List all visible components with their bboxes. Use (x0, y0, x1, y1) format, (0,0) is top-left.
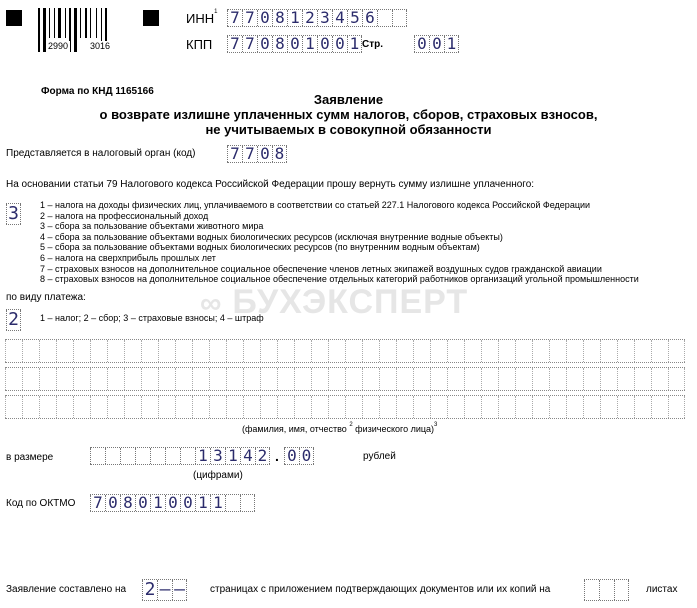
name-cell[interactable] (668, 340, 685, 362)
name-cell[interactable] (124, 396, 141, 418)
name-cell[interactable] (447, 396, 464, 418)
name-cell[interactable] (583, 368, 600, 390)
digit-cell[interactable]: 0 (414, 36, 429, 52)
digit-cell[interactable]: 8 (272, 36, 287, 52)
digit-cell[interactable] (90, 448, 105, 464)
inn-field[interactable]: 7708123456 (227, 9, 407, 27)
digit-cell[interactable]: 1 (302, 36, 317, 52)
name-cell[interactable] (294, 340, 311, 362)
digit-cell[interactable] (240, 495, 255, 511)
name-cell[interactable] (362, 368, 379, 390)
full-name-caption: (фамилия, имя, отчество 2 физического ли… (242, 424, 437, 434)
name-cell[interactable] (39, 340, 56, 362)
pages-count-field[interactable]: 2–– (142, 579, 187, 601)
name-cell[interactable] (243, 340, 260, 362)
name-cell[interactable] (294, 396, 311, 418)
digit-cell[interactable]: 7 (242, 146, 257, 162)
name-cell[interactable] (617, 368, 634, 390)
name-cell[interactable] (651, 340, 668, 362)
name-cell[interactable] (5, 340, 22, 362)
registration-marker-left (6, 10, 22, 26)
digit-cell[interactable]: 1 (195, 448, 210, 464)
name-cell[interactable] (379, 396, 396, 418)
name-cell[interactable] (447, 368, 464, 390)
digit-cell[interactable]: 8 (120, 495, 135, 511)
digit-cell[interactable]: 2 (142, 580, 157, 600)
digit-cell[interactable]: 1 (444, 36, 459, 52)
name-cell[interactable] (158, 368, 175, 390)
barcode: 2990 3016 (38, 8, 128, 52)
digit-cell[interactable]: – (157, 580, 172, 600)
digit-cell[interactable]: 1 (195, 495, 210, 511)
basis-text: На основании статьи 79 Налогового кодекс… (6, 179, 534, 190)
name-cell[interactable] (634, 340, 651, 362)
payment-subject-option: 6 – налога на сверхприбыль прошлых лет (40, 253, 639, 264)
name-cell[interactable] (22, 340, 39, 362)
name-cell[interactable] (668, 396, 685, 418)
digit-cell[interactable]: 0 (105, 495, 120, 511)
name-cell[interactable] (413, 368, 430, 390)
name-cell[interactable] (209, 396, 226, 418)
name-cell[interactable] (532, 340, 549, 362)
name-cell[interactable] (39, 396, 56, 418)
name-cell[interactable] (566, 340, 583, 362)
name-cell[interactable] (260, 396, 277, 418)
name-cell[interactable] (192, 396, 209, 418)
tax-authority-label: Представляется в налоговый орган (код) (6, 148, 195, 159)
digit-cell[interactable] (584, 580, 599, 600)
amount-integer-field[interactable]: 13142 (90, 447, 270, 465)
name-cell[interactable] (311, 396, 328, 418)
payment-subject-option: 1 – налога на доходы физических лиц, упл… (40, 200, 639, 211)
barcode-number-left: 2990 (46, 41, 70, 52)
oktmo-label: Код по ОКТМО (6, 498, 75, 509)
name-cell[interactable] (532, 396, 549, 418)
name-cell[interactable] (107, 396, 124, 418)
name-cell[interactable] (549, 368, 566, 390)
name-cell[interactable] (328, 340, 345, 362)
name-cell[interactable] (600, 340, 617, 362)
full-name-row-3[interactable] (5, 395, 685, 419)
name-cell[interactable] (107, 368, 124, 390)
digit-cell[interactable]: 0 (284, 448, 299, 464)
payment-type-options: 1 – налог; 2 – сбор; 3 – страховые взнос… (40, 313, 264, 323)
digit-cell[interactable]: 7 (90, 495, 105, 511)
name-cell[interactable] (260, 368, 277, 390)
amount-field[interactable]: 13142 . 00 (90, 447, 314, 465)
name-cell[interactable] (498, 368, 515, 390)
name-cell[interactable] (73, 396, 90, 418)
digit-cell[interactable] (150, 448, 165, 464)
name-cell[interactable] (413, 340, 430, 362)
name-cell[interactable] (141, 368, 158, 390)
digit-cell[interactable]: 4 (332, 10, 347, 26)
digit-cell[interactable]: 0 (257, 146, 272, 162)
name-cell[interactable] (362, 340, 379, 362)
digit-cell[interactable]: – (172, 580, 187, 600)
name-cell[interactable] (90, 368, 107, 390)
name-cell[interactable] (413, 396, 430, 418)
digit-cell[interactable]: 0 (257, 10, 272, 26)
name-cell[interactable] (566, 396, 583, 418)
name-cell[interactable] (583, 340, 600, 362)
name-cell[interactable] (209, 368, 226, 390)
digit-cell[interactable] (120, 448, 135, 464)
digit-cell[interactable]: 0 (332, 36, 347, 52)
inn-label: ИНН1 (186, 11, 217, 26)
digit-cell[interactable]: 4 (240, 448, 255, 464)
digit-cell[interactable]: 0 (429, 36, 444, 52)
name-cell[interactable] (124, 368, 141, 390)
name-cell[interactable] (328, 368, 345, 390)
digit-cell[interactable] (105, 448, 120, 464)
name-cell[interactable] (668, 368, 685, 390)
name-cell[interactable] (447, 340, 464, 362)
name-cell[interactable] (158, 340, 175, 362)
name-cell[interactable] (345, 368, 362, 390)
name-cell[interactable] (175, 368, 192, 390)
name-cell[interactable] (379, 368, 396, 390)
tax-authority-code-field[interactable]: 7708 (227, 145, 287, 163)
digit-cell[interactable]: 7 (227, 146, 242, 162)
digit-cell[interactable]: 3 (210, 448, 225, 464)
name-cell[interactable] (22, 368, 39, 390)
name-cell[interactable] (481, 340, 498, 362)
digit-cell[interactable]: 1 (287, 10, 302, 26)
page-number-field[interactable]: 001 (414, 35, 459, 53)
name-cell[interactable] (430, 396, 447, 418)
amount-decimal-field[interactable]: 00 (284, 447, 314, 465)
page-label: Стр. (362, 39, 383, 50)
name-cell[interactable] (277, 368, 294, 390)
name-cell[interactable] (481, 368, 498, 390)
name-cell[interactable] (175, 396, 192, 418)
name-cell[interactable] (56, 396, 73, 418)
payment-subject-option: 4 – сбора за пользование объектами водны… (40, 232, 639, 243)
name-cell[interactable] (600, 396, 617, 418)
footer-suffix: листах (646, 584, 677, 595)
kpp-field[interactable]: 770801001 (227, 35, 362, 53)
name-cell[interactable] (90, 340, 107, 362)
name-cell[interactable] (617, 396, 634, 418)
digit-cell[interactable]: 7 (242, 10, 257, 26)
kpp-label: КПП (186, 37, 212, 52)
digit-cell[interactable] (135, 448, 150, 464)
digit-cell[interactable]: 0 (165, 495, 180, 511)
name-cell[interactable] (158, 396, 175, 418)
name-cell[interactable] (464, 368, 481, 390)
name-cell[interactable] (600, 368, 617, 390)
digit-cell[interactable]: 0 (180, 495, 195, 511)
name-cell[interactable] (5, 368, 22, 390)
name-cell[interactable] (396, 368, 413, 390)
name-cell[interactable] (107, 340, 124, 362)
digit-cell[interactable]: 2 (6, 310, 21, 330)
name-cell[interactable] (294, 368, 311, 390)
name-cell[interactable] (430, 368, 447, 390)
digit-cell[interactable] (377, 10, 392, 26)
name-cell[interactable] (345, 340, 362, 362)
name-cell[interactable] (5, 396, 22, 418)
name-cell[interactable] (141, 396, 158, 418)
name-cell[interactable] (345, 396, 362, 418)
name-cell[interactable] (226, 396, 243, 418)
name-cell[interactable] (141, 340, 158, 362)
name-cell[interactable] (464, 396, 481, 418)
digit-cell[interactable]: 1 (225, 448, 240, 464)
currency-label: рублей (363, 451, 396, 462)
name-cell[interactable] (617, 340, 634, 362)
barcode-number-right: 3016 (88, 41, 112, 52)
name-cell[interactable] (277, 340, 294, 362)
digit-cell[interactable] (165, 448, 180, 464)
name-cell[interactable] (498, 340, 515, 362)
title-line-2: о возврате излишне уплаченных сумм налог… (0, 107, 697, 123)
name-cell[interactable] (396, 340, 413, 362)
name-cell[interactable] (583, 396, 600, 418)
name-cell[interactable] (192, 340, 209, 362)
payment-subject-field[interactable]: 3 (6, 203, 21, 225)
name-cell[interactable] (464, 340, 481, 362)
footer-middle: страницах с приложением подтверждающих д… (210, 584, 550, 595)
name-cell[interactable] (311, 368, 328, 390)
oktmo-field[interactable]: 708010011 (90, 494, 255, 512)
name-cell[interactable] (515, 340, 532, 362)
name-cell[interactable] (175, 340, 192, 362)
name-cell[interactable] (498, 396, 515, 418)
payment-subject-options: 1 – налога на доходы физических лиц, упл… (40, 200, 639, 285)
name-cell[interactable] (430, 340, 447, 362)
payment-subject-option: 7 – страховых взносов на дополнительное … (40, 264, 639, 275)
digit-cell[interactable] (599, 580, 614, 600)
name-cell[interactable] (277, 396, 294, 418)
name-cell[interactable] (73, 340, 90, 362)
name-cell[interactable] (379, 340, 396, 362)
payment-subject-option: 5 – сбора за пользование объектами водны… (40, 242, 639, 253)
digit-cell[interactable]: 1 (210, 495, 225, 511)
digit-cell[interactable]: 0 (257, 36, 272, 52)
registration-marker-right (143, 10, 159, 26)
digit-cell[interactable] (392, 10, 407, 26)
amount-caption: (цифрами) (193, 470, 243, 481)
digit-cell[interactable]: 0 (135, 495, 150, 511)
name-cell[interactable] (56, 340, 73, 362)
name-cell[interactable] (311, 340, 328, 362)
name-cell[interactable] (634, 396, 651, 418)
digit-cell[interactable]: 2 (302, 10, 317, 26)
name-cell[interactable] (73, 368, 90, 390)
name-cell[interactable] (90, 396, 107, 418)
digit-cell[interactable]: 1 (347, 36, 362, 52)
name-cell[interactable] (532, 368, 549, 390)
name-cell[interactable] (566, 368, 583, 390)
digit-cell[interactable]: 2 (255, 448, 270, 464)
name-cell[interactable] (209, 340, 226, 362)
name-cell[interactable] (515, 396, 532, 418)
name-cell[interactable] (56, 368, 73, 390)
name-cell[interactable] (226, 368, 243, 390)
digit-cell[interactable]: 3 (317, 10, 332, 26)
digit-cell[interactable]: 8 (272, 10, 287, 26)
name-cell[interactable] (192, 368, 209, 390)
title-line-3: не учитываемых в совокупной обязанности (0, 122, 697, 138)
full-name-row-1[interactable] (5, 339, 685, 363)
digit-cell[interactable] (614, 580, 629, 600)
amount-label: в размере (6, 452, 53, 463)
name-cell[interactable] (549, 396, 566, 418)
name-cell[interactable] (549, 340, 566, 362)
name-cell[interactable] (226, 340, 243, 362)
name-cell[interactable] (651, 396, 668, 418)
digit-cell[interactable]: 6 (362, 10, 377, 26)
attachment-sheets-field[interactable] (584, 579, 629, 601)
title-line-1: Заявление (0, 92, 697, 108)
name-cell[interactable] (651, 368, 668, 390)
digit-cell[interactable]: 5 (347, 10, 362, 26)
digit-cell[interactable] (225, 495, 240, 511)
name-cell[interactable] (634, 368, 651, 390)
amount-decimal-separator: . (270, 447, 284, 465)
payment-type-field[interactable]: 2 (6, 309, 21, 331)
digit-cell[interactable]: 3 (6, 204, 21, 224)
name-cell[interactable] (515, 368, 532, 390)
name-cell[interactable] (481, 396, 498, 418)
name-cell[interactable] (39, 368, 56, 390)
name-cell[interactable] (124, 340, 141, 362)
digit-cell[interactable]: 7 (242, 36, 257, 52)
name-cell[interactable] (362, 396, 379, 418)
digit-cell[interactable]: 0 (287, 36, 302, 52)
digit-cell[interactable]: 1 (150, 495, 165, 511)
digit-cell[interactable] (180, 448, 195, 464)
name-cell[interactable] (328, 396, 345, 418)
footer-prefix: Заявление составлено на (6, 584, 126, 595)
digit-cell[interactable]: 7 (227, 10, 242, 26)
digit-cell[interactable]: 7 (227, 36, 242, 52)
name-cell[interactable] (22, 396, 39, 418)
full-name-row-2[interactable] (5, 367, 685, 391)
payment-subject-option: 3 – сбора за пользование объектами живот… (40, 221, 639, 232)
digit-cell[interactable]: 0 (317, 36, 332, 52)
name-cell[interactable] (260, 340, 277, 362)
digit-cell[interactable]: 0 (299, 448, 314, 464)
payment-type-label: по виду платежа: (6, 292, 86, 303)
name-cell[interactable] (396, 396, 413, 418)
digit-cell[interactable]: 8 (272, 146, 287, 162)
name-cell[interactable] (243, 396, 260, 418)
payment-subject-option: 2 – налога на профессиональный доход (40, 211, 639, 222)
name-cell[interactable] (243, 368, 260, 390)
